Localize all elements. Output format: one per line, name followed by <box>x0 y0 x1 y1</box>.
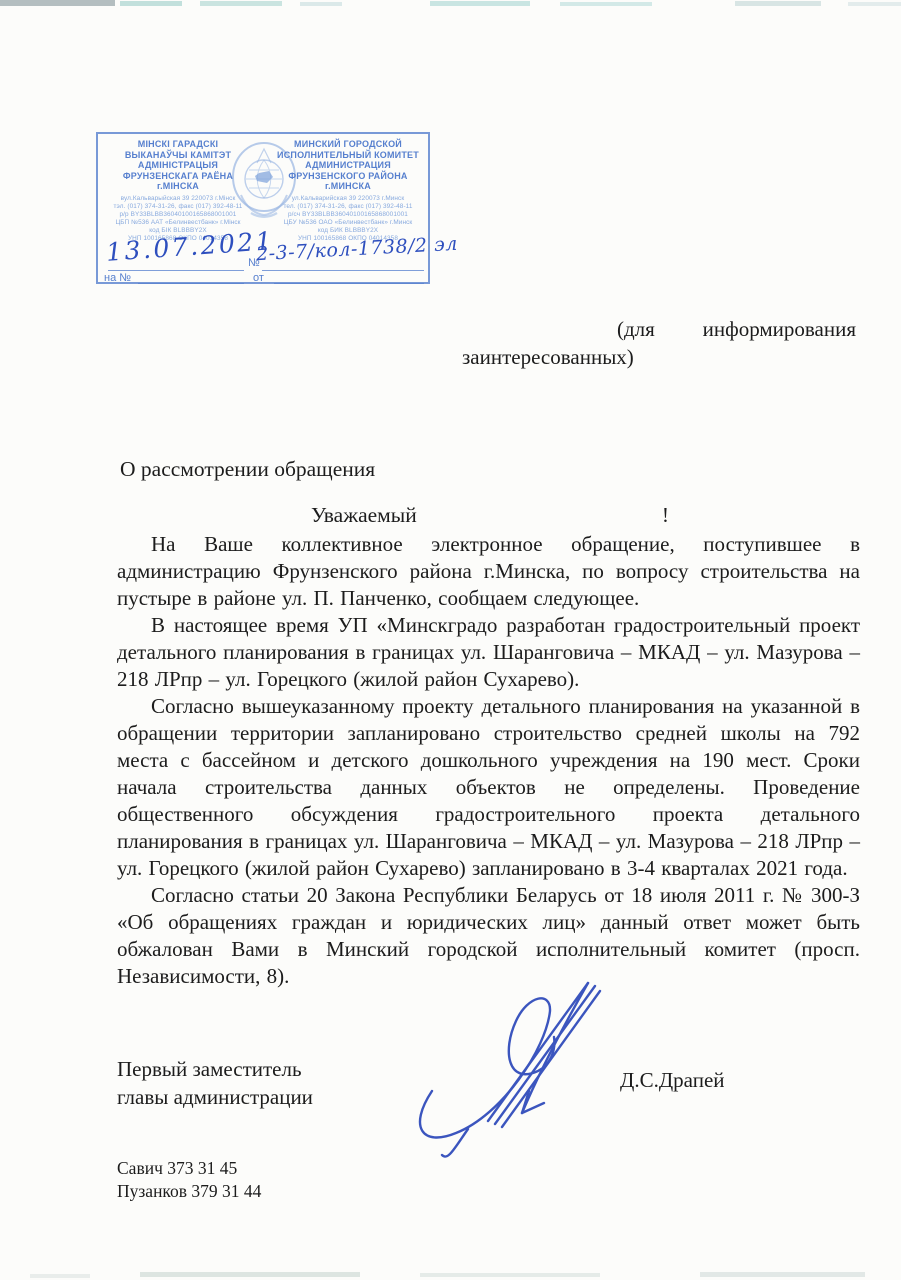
scan-top-artifact <box>735 1 821 6</box>
executor-contacts: Савич 373 31 45 Пузанков 379 31 44 <box>117 1157 261 1203</box>
scan-top-artifact <box>300 2 342 6</box>
stamp-right-column: МИНСКИЙ ГОРОДСКОЙ ИСПОЛНИТЕЛЬНЫЙ КОМИТЕТ… <box>268 134 428 243</box>
salutation-word: Уважаемый <box>311 503 417 528</box>
stamp-detail-line: ул.Кальварийская 39 220073 г.Минск <box>268 195 428 203</box>
stamp-title-line: ФРУНЗЕНСКАГА РАЁНА <box>98 171 258 182</box>
salutation-line: Уважаемый ! <box>311 503 669 528</box>
scan-top-artifact <box>430 1 530 6</box>
stamp-detail-line: тел. (017) 374-31-26, факс (017) 392-48-… <box>268 203 428 211</box>
stamp-title-line: АДМИНИСТРАЦИЯ <box>268 160 428 171</box>
official-letterhead-stamp: МІНСКІ ГАРАДСКІ ВЫКАНАЎЧЫ КАМІТЭТ АДМІНІ… <box>96 132 430 284</box>
scan-top-artifact <box>200 1 282 6</box>
stamp-left-column: МІНСКІ ГАРАДСКІ ВЫКАНАЎЧЫ КАМІТЭТ АДМІНІ… <box>98 134 258 243</box>
in-reply-underline <box>138 282 244 284</box>
routing-note-text: информирования <box>703 317 856 342</box>
salutation-exclamation: ! <box>662 503 669 528</box>
stamp-title-line: ВЫКАНАЎЧЫ КАМІТЭТ <box>98 150 258 161</box>
scan-top-artifact <box>0 0 115 6</box>
routing-note-text: заинтересованных) <box>462 345 634 370</box>
in-reply-to-label: на № <box>104 272 131 284</box>
executor-contact-line: Савич 373 31 45 <box>117 1157 261 1180</box>
stamp-title-line: МІНСКІ ГАРАДСКІ <box>98 139 258 150</box>
letter-body: На Ваше коллективное электронное обращен… <box>117 531 860 990</box>
scan-top-artifact <box>560 2 652 6</box>
handwritten-signature <box>392 973 642 1158</box>
scan-bottom-artifact <box>700 1272 865 1277</box>
routing-note: (для информирования <box>617 317 856 342</box>
body-paragraph: На Ваше коллективное электронное обращен… <box>117 531 860 612</box>
scan-bottom-artifact <box>30 1274 90 1278</box>
number-underline <box>262 269 424 271</box>
from-underline <box>274 282 424 284</box>
routing-note-text: (для <box>617 317 655 342</box>
stamp-detail-line: ЦБУ №536 ОАО «Белинвестбанк» г.Минск <box>268 219 428 227</box>
stamp-title-line: МИНСКИЙ ГОРОДСКОЙ <box>268 139 428 150</box>
signatory-role-line: Первый заместитель <box>117 1055 313 1083</box>
signatory-name: Д.С.Драпей <box>620 1068 725 1093</box>
stamp-title-line: г.МІНСКА <box>98 181 258 192</box>
stamp-title-line: г.МИНСКА <box>268 181 428 192</box>
subject-line: О рассмотрении обращения <box>120 457 375 482</box>
scan-bottom-artifact <box>140 1272 360 1277</box>
date-underline <box>108 269 244 271</box>
stamp-detail-line: р/сч BY33BLBB36040100165868001001 <box>268 211 428 219</box>
stamp-detail-line: вул.Кальварыйская 39 220073 г.Мінск <box>98 195 258 203</box>
signatory-role: Первый заместитель главы администрации <box>117 1055 313 1111</box>
scan-top-artifact <box>120 1 182 6</box>
scan-top-artifact <box>848 2 901 6</box>
body-paragraph: Согласно вышеуказанному проекту детально… <box>117 693 860 882</box>
signatory-role-line: главы администрации <box>117 1083 313 1111</box>
scan-bottom-artifact <box>420 1273 600 1277</box>
stamp-title-line: ФРУНЗЕНСКОГО РАЙОНА <box>268 171 428 182</box>
stamp-title-line: АДМІНІСТРАЦЫЯ <box>98 160 258 171</box>
stamp-detail-line: тэл. (017) 374-31-26, факс (017) 392-48-… <box>98 203 258 211</box>
stamp-detail-line: ЦБП №536 ААТ «Белинвестбанк» г.Мінск <box>98 219 258 227</box>
stamp-title-line: ИСПОЛНИТЕЛЬНЫЙ КОМИТЕТ <box>268 150 428 161</box>
body-paragraph: В настоящее время УП «Минскградо разрабо… <box>117 612 860 693</box>
stamp-detail-line: код БИК BLBBBY2X <box>268 227 428 235</box>
stamp-detail-line: р/р BY33BLBB36040100165868001001 <box>98 211 258 219</box>
scanned-letter-page: МІНСКІ ГАРАДСКІ ВЫКАНАЎЧЫ КАМІТЭТ АДМІНІ… <box>0 0 901 1280</box>
from-label: от <box>253 272 264 284</box>
executor-contact-line: Пузанков 379 31 44 <box>117 1180 261 1203</box>
